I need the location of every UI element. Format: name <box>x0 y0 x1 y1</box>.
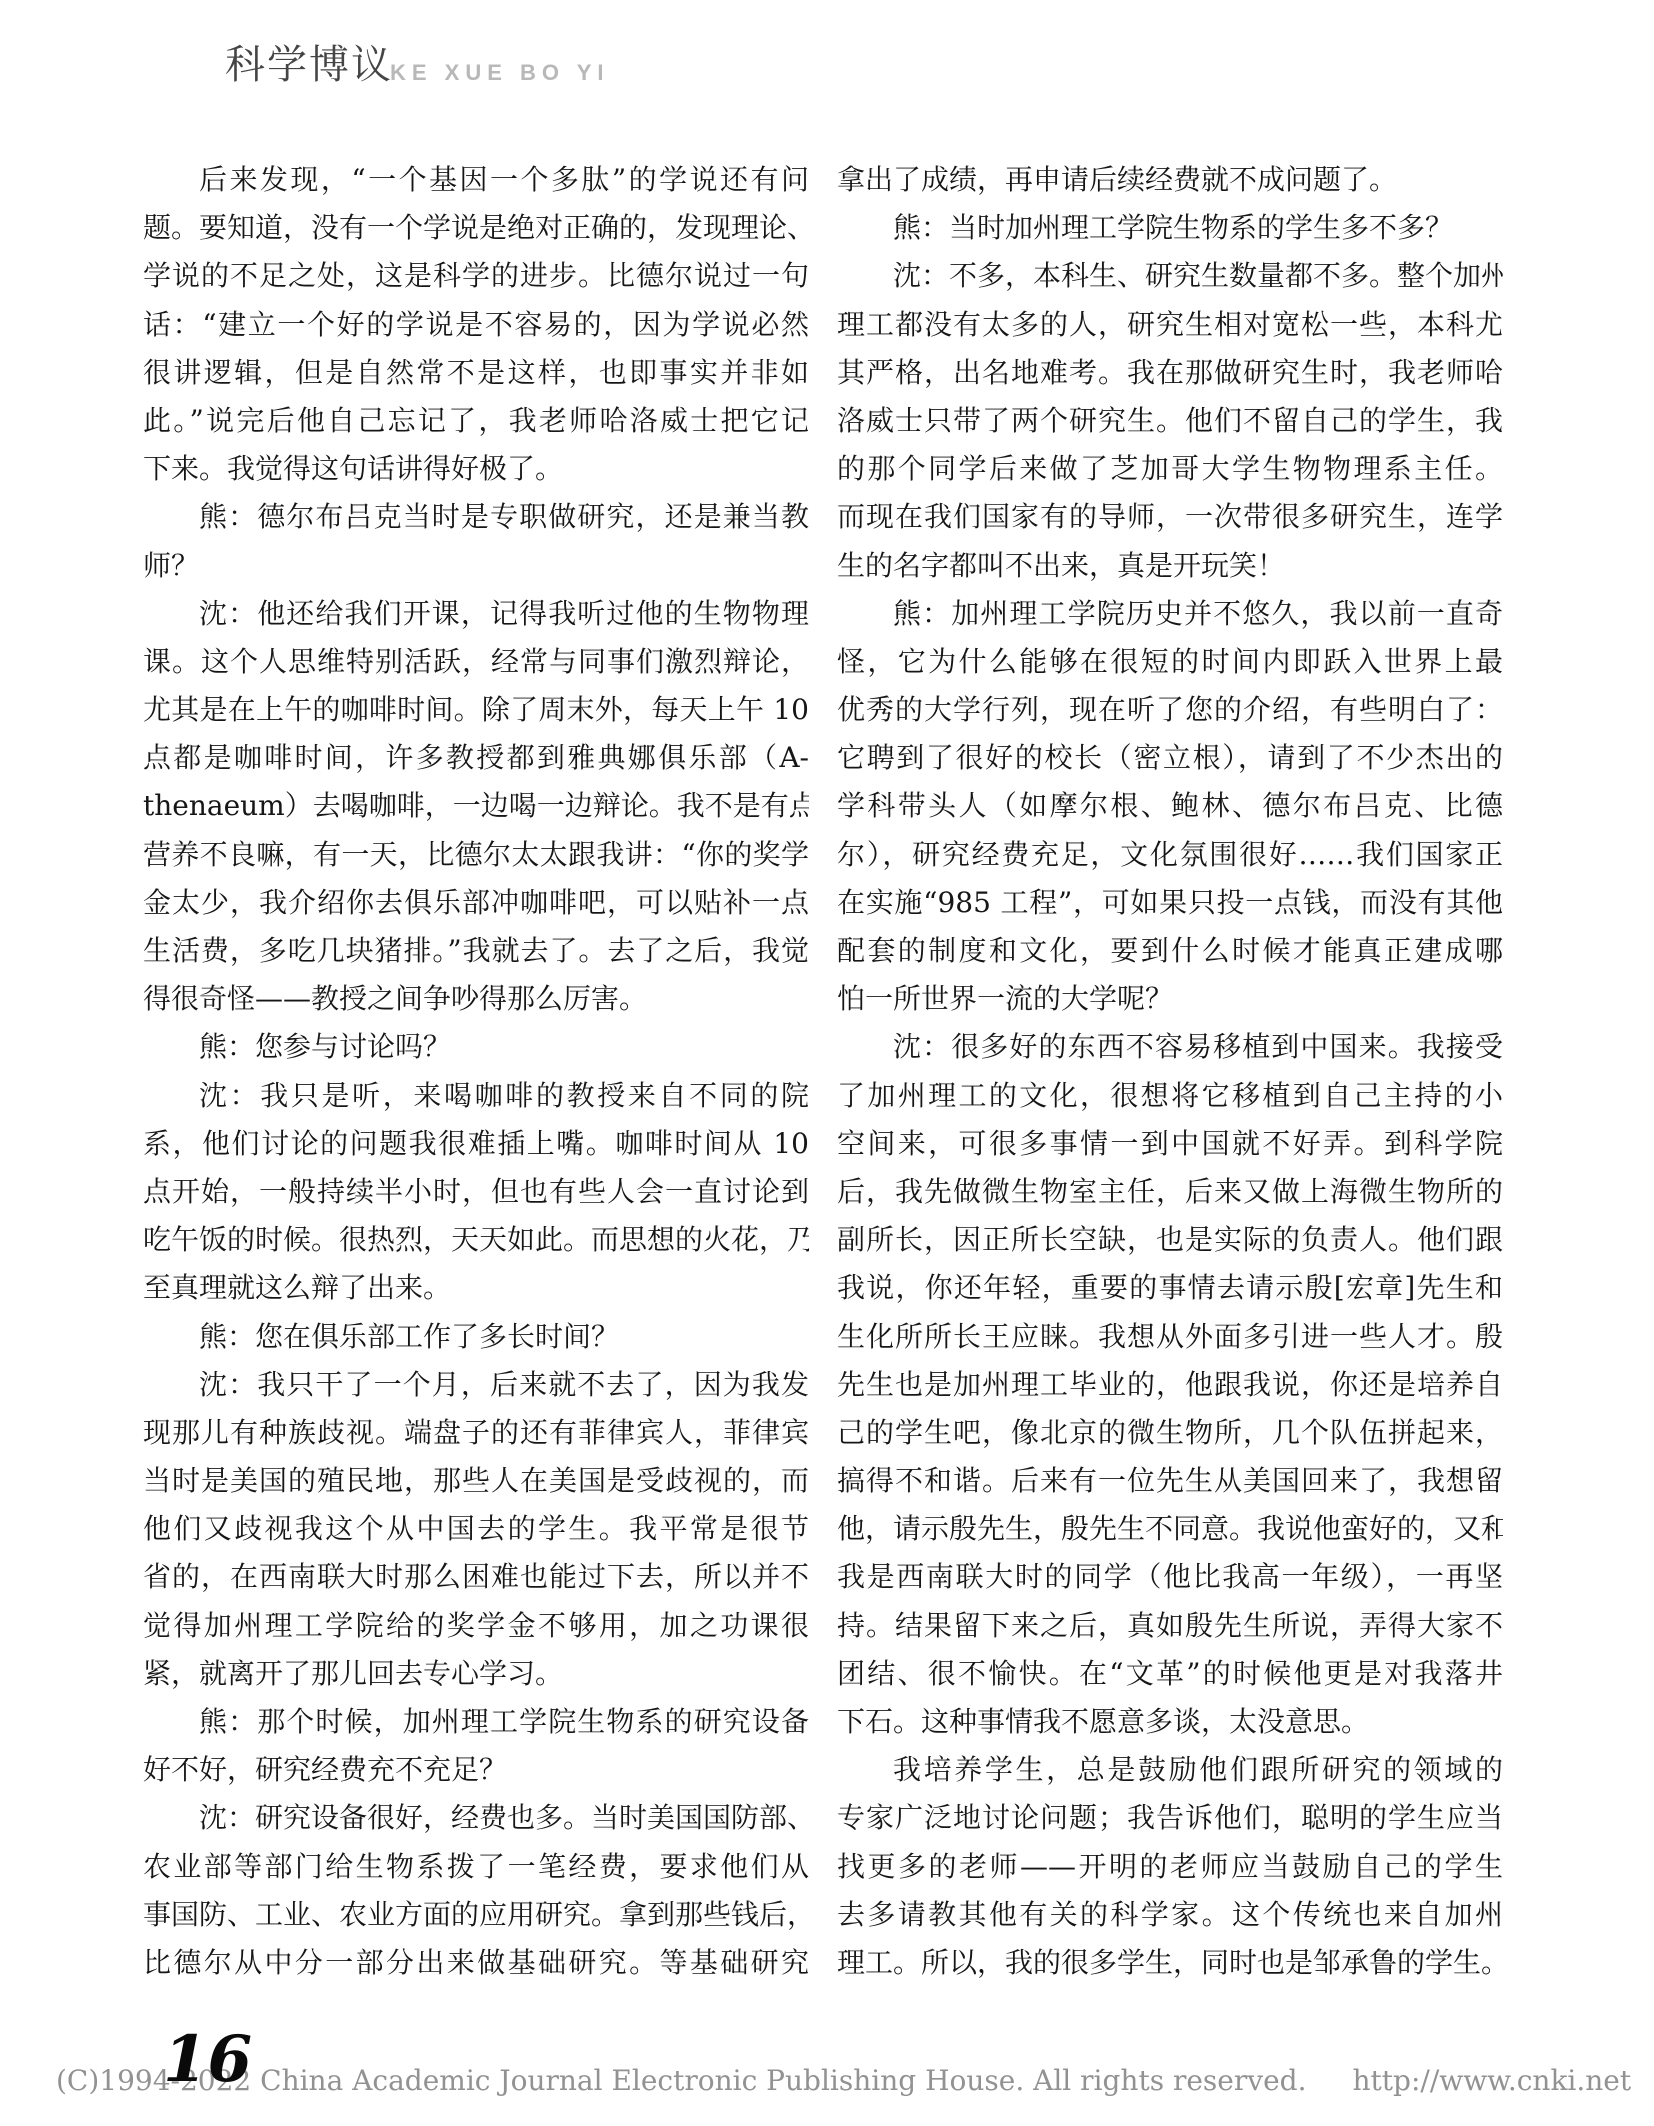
text-line: 比德尔从中分一部分出来做基础研究。等基础研究 <box>143 1939 809 1987</box>
text-line: 沈：研究设备很好，经费也多。当时美国国防部、 <box>143 1794 809 1842</box>
text-line: 下来。我觉得这句话讲得好极了。 <box>143 445 809 493</box>
text-line: 我说，你还年轻，重要的事情去请示殷[宏章]先生和 <box>837 1264 1503 1312</box>
text-line: 持。结果留下来之后，真如殷先生所说，弄得大家不 <box>837 1602 1503 1650</box>
text-line: 找更多的老师——开明的老师应当鼓励自己的学生 <box>837 1843 1503 1891</box>
text-column-left: 后来发现，“一个基因一个多肽”的学说还有问题。要知道，没有一个学说是绝对正确的，… <box>143 156 809 1987</box>
text-line: 很讲逻辑，但是自然常不是这样，也即事实并非如 <box>143 349 809 397</box>
text-line: 学科带头人（如摩尔根、鲍林、德尔布吕克、比德 <box>837 782 1503 830</box>
text-line: 尤其是在上午的咖啡时间。除了周末外，每天上午 10 <box>143 686 809 734</box>
text-line: 熊：加州理工学院历史并不悠久，我以前一直奇 <box>837 590 1503 638</box>
text-line: 话：“建立一个好的学说是不容易的，因为学说必然 <box>143 301 809 349</box>
text-line: 省的，在西南联大时那么困难也能过下去，所以并不 <box>143 1553 809 1601</box>
text-line: 熊：德尔布吕克当时是专职做研究，还是兼当教 <box>143 493 809 541</box>
text-line: 觉得加州理工学院给的奖学金不够用，加之功课很 <box>143 1602 809 1650</box>
publisher-url: http://www.cnki.net <box>1352 2064 1631 2097</box>
text-line: 而现在我们国家有的导师，一次带很多研究生，连学 <box>837 493 1503 541</box>
text-line: 熊：您在俱乐部工作了多长时间？ <box>143 1313 809 1361</box>
text-line: 生的名字都叫不出来，真是开玩笑！ <box>837 542 1503 590</box>
text-line: 理工。所以，我的很多学生，同时也是邹承鲁的学生。 <box>837 1939 1503 1987</box>
text-line: 副所长，因正所长空缺，也是实际的负责人。他们跟 <box>837 1216 1503 1264</box>
text-line: 我培养学生，总是鼓励他们跟所研究的领域的 <box>837 1746 1503 1794</box>
section-title-chinese: 科学博议 <box>225 33 393 90</box>
text-line: 配套的制度和文化，要到什么时候才能真正建成哪 <box>837 927 1503 975</box>
page-number: 16 <box>163 2022 252 2097</box>
text-line: 洛威士只带了两个研究生。他们不留自己的学生，我 <box>837 397 1503 445</box>
text-line: 熊：那个时候，加州理工学院生物系的研究设备 <box>143 1698 809 1746</box>
text-line: 空间来，可很多事情一到中国就不好弄。到科学院 <box>837 1120 1503 1168</box>
text-line: 下石。这种事情我不愿意多谈，太没意思。 <box>837 1698 1503 1746</box>
text-line: 尔），研究经费充足，文化氛围很好……我们国家正 <box>837 831 1503 879</box>
text-line: 专家广泛地讨论问题；我告诉他们，聪明的学生应当 <box>837 1794 1503 1842</box>
text-line: 的那个同学后来做了芝加哥大学生物物理系主任。 <box>837 445 1503 493</box>
text-line: 课。这个人思维特别活跃，经常与同事们激烈辩论， <box>143 638 809 686</box>
text-line: 沈：我只是听，来喝咖啡的教授来自不同的院 <box>143 1072 809 1120</box>
text-line: 熊：您参与讨论吗？ <box>143 1023 809 1071</box>
text-line: 他们又歧视我这个从中国去的学生。我平常是很节 <box>143 1505 809 1553</box>
text-line: 师？ <box>143 542 809 590</box>
text-line: 搞得不和谐。后来有一位先生从美国回来了，我想留 <box>837 1457 1503 1505</box>
text-line: 先生也是加州理工毕业的，他跟我说，你还是培养自 <box>837 1361 1503 1409</box>
text-line: 怪，它为什么能够在很短的时间内即跃入世界上最 <box>837 638 1503 686</box>
text-line: 学说的不足之处，这是科学的进步。比德尔说过一句 <box>143 252 809 300</box>
text-line: 我是西南联大时的同学（他比我高一年级），一再坚 <box>837 1553 1503 1601</box>
text-column-right: 拿出了成绩，再申请后续经费就不成问题了。熊：当时加州理工学院生物系的学生多不多？… <box>837 156 1503 1987</box>
text-line: 沈：不多，本科生、研究生数量都不多。整个加州 <box>837 252 1503 300</box>
text-line: 紧，就离开了那儿回去专心学习。 <box>143 1650 809 1698</box>
text-line: thenaeum）去喝咖啡，一边喝一边辩论。我不是有点 <box>143 782 809 830</box>
text-line: 生化所所长王应睐。我想从外面多引进一些人才。殷 <box>837 1313 1503 1361</box>
text-line: 点都是咖啡时间，许多教授都到雅典娜俱乐部（A- <box>143 734 809 782</box>
text-line: 当时是美国的殖民地，那些人在美国是受歧视的，而 <box>143 1457 809 1505</box>
section-title-pinyin: KE XUE BO YI <box>390 60 610 86</box>
text-line: 农业部等部门给生物系拨了一笔经费，要求他们从 <box>143 1843 809 1891</box>
text-line: 得很奇怪——教授之间争吵得那么厉害。 <box>143 975 809 1023</box>
text-line: 在实施“985 工程”，可如果只投一点钱，而没有其他 <box>837 879 1503 927</box>
text-line: 了加州理工的文化，很想将它移植到自己主持的小 <box>837 1072 1503 1120</box>
text-line: 点开始，一般持续半小时，但也有些人会一直讨论到 <box>143 1168 809 1216</box>
text-line: 理工都没有太多的人，研究生相对宽松一些，本科尤 <box>837 301 1503 349</box>
text-line: 它聘到了很好的校长（密立根），请到了不少杰出的 <box>837 734 1503 782</box>
text-line: 优秀的大学行列，现在听了您的介绍，有些明白了： <box>837 686 1503 734</box>
text-line: 至真理就这么辩了出来。 <box>143 1264 809 1312</box>
text-line: 熊：当时加州理工学院生物系的学生多不多？ <box>837 204 1503 252</box>
text-line: 生活费，多吃几块猪排。”我就去了。去了之后，我觉 <box>143 927 809 975</box>
text-line: 团结、很不愉快。在“文革”的时候他更是对我落井 <box>837 1650 1503 1698</box>
text-line: 题。要知道，没有一个学说是绝对正确的，发现理论、 <box>143 204 809 252</box>
text-line: 事国防、工业、农业方面的应用研究。拿到那些钱后， <box>143 1891 809 1939</box>
text-line: 沈：我只干了一个月，后来就不去了，因为我发 <box>143 1361 809 1409</box>
text-line: 去多请教其他有关的科学家。这个传统也来自加州 <box>837 1891 1503 1939</box>
text-line: 沈：他还给我们开课，记得我听过他的生物物理 <box>143 590 809 638</box>
text-line: 系，他们讨论的问题我很难插上嘴。咖啡时间从 10 <box>143 1120 809 1168</box>
text-line: 好不好，研究经费充不充足？ <box>143 1746 809 1794</box>
text-line: 其严格，出名地难考。我在那做研究生时，我老师哈 <box>837 349 1503 397</box>
text-line: 此。”说完后他自己忘记了，我老师哈洛威士把它记 <box>143 397 809 445</box>
text-line: 现那儿有种族歧视。端盘子的还有菲律宾人，菲律宾 <box>143 1409 809 1457</box>
text-line: 营养不良嘛，有一天，比德尔太太跟我讲：“你的奖学 <box>143 831 809 879</box>
text-line: 金太少，我介绍你去俱乐部冲咖啡吧，可以贴补一点 <box>143 879 809 927</box>
text-line: 拿出了成绩，再申请后续经费就不成问题了。 <box>837 156 1503 204</box>
text-line: 己的学生吧，像北京的微生物所，几个队伍拼起来， <box>837 1409 1503 1457</box>
text-line: 后来发现，“一个基因一个多肽”的学说还有问 <box>143 156 809 204</box>
text-line: 吃午饭的时候。很热烈，天天如此。而思想的火花，乃 <box>143 1216 809 1264</box>
text-line: 怕一所世界一流的大学呢？ <box>837 975 1503 1023</box>
text-line: 后，我先做微生物室主任，后来又做上海微生物所的 <box>837 1168 1503 1216</box>
text-line: 沈：很多好的东西不容易移植到中国来。我接受 <box>837 1023 1503 1071</box>
journal-page: 科学博议 KE XUE BO YI 后来发现，“一个基因一个多肽”的学说还有问题… <box>0 0 1654 2126</box>
footer: (C)1994-2022 China Academic Journal Elec… <box>56 2064 1416 2097</box>
text-line: 他，请示殷先生，殷先生不同意。我说他蛮好的，又和 <box>837 1505 1503 1553</box>
